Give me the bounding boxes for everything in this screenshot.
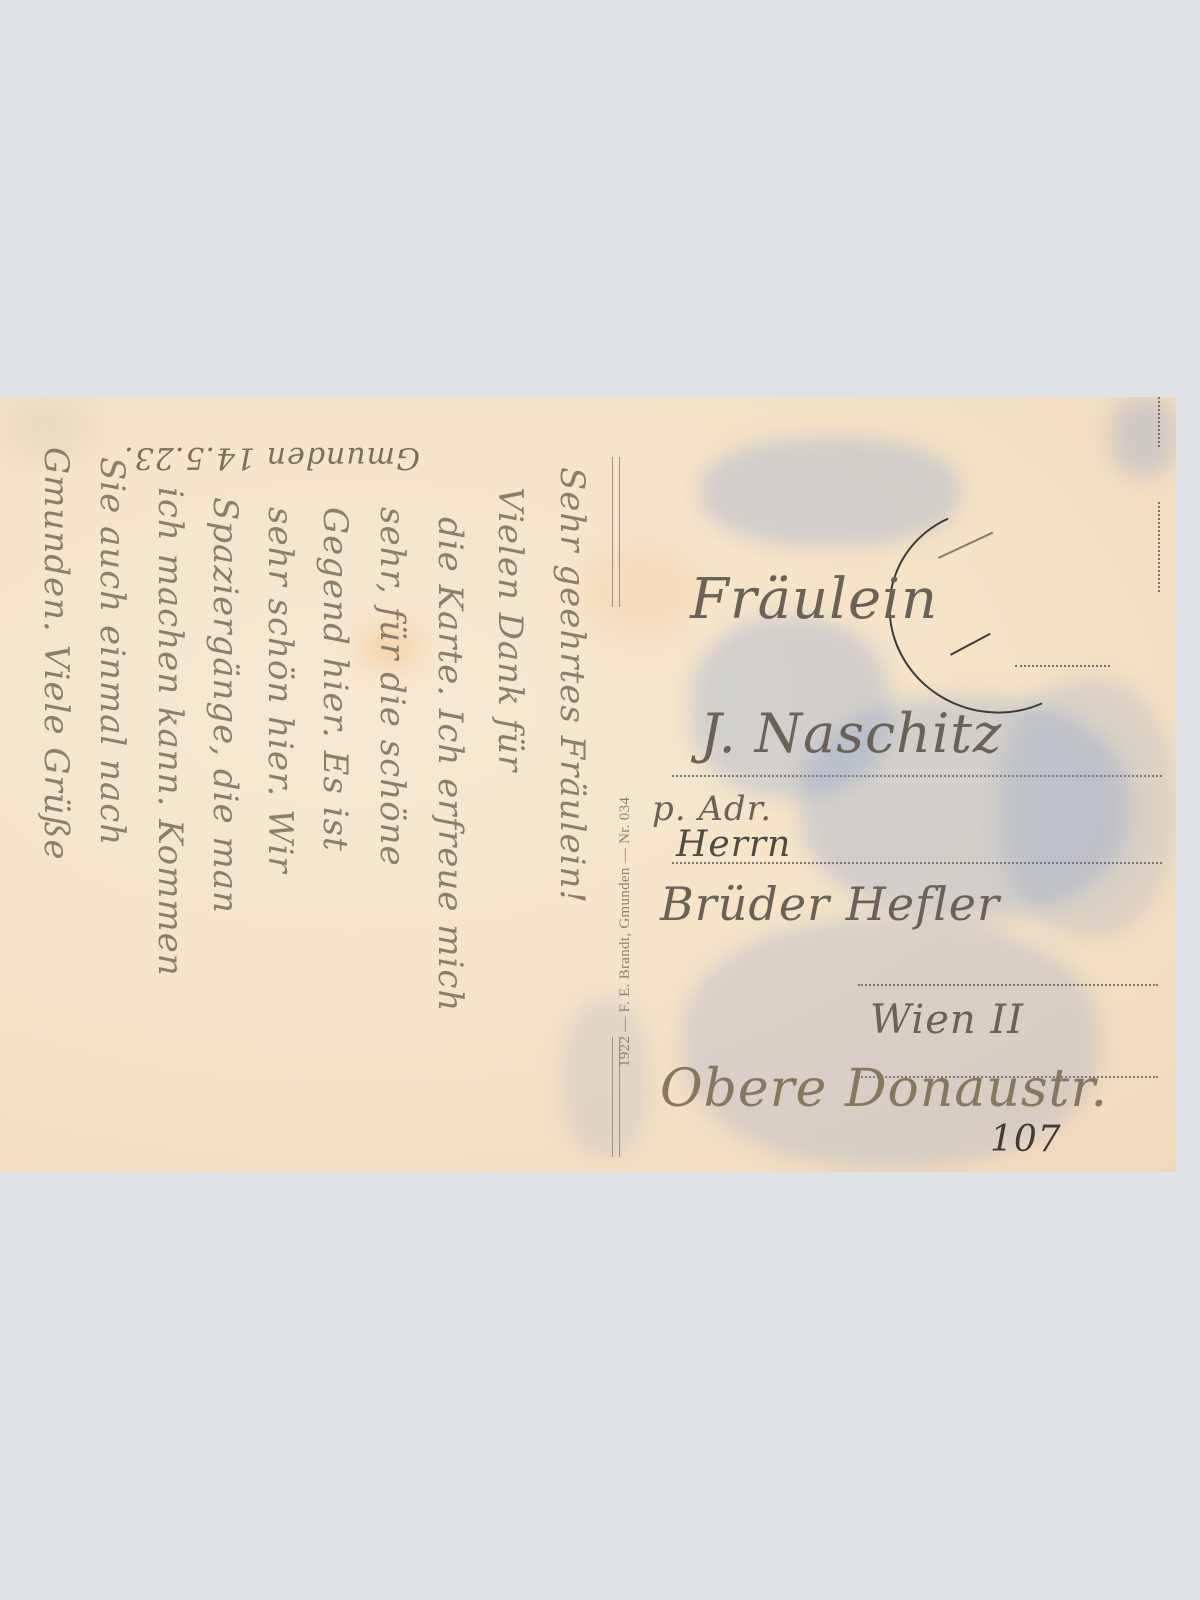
blue-ink-smudge	[1110, 397, 1176, 477]
message-line: sehr, für die schöne	[372, 507, 412, 867]
address-city: Wien II	[870, 997, 1024, 1043]
message-date-place: Gmunden 14.5.23.	[123, 440, 420, 475]
address-recipient-name: J. Naschitz	[700, 702, 1002, 765]
address-line	[672, 775, 1162, 777]
message-line: Gmunden. Viele Grüße	[36, 447, 76, 861]
address-house-number: 107	[990, 1119, 1062, 1160]
address-herrn: Herrn	[676, 824, 791, 865]
message-line: die Karte. Ich erfreue mich	[430, 517, 470, 1012]
message-line: Gegend hier. Es ist	[315, 507, 355, 852]
divider-rule-top	[612, 457, 620, 607]
blue-ink-smudge	[700, 437, 960, 547]
stamp-box-edge	[1158, 397, 1160, 447]
message-line: Sie auch einmal nach	[92, 457, 132, 846]
message-line: sehr schön hier. Wir	[260, 507, 300, 874]
blue-ink-smudge	[1000, 677, 1176, 937]
address-recipient-title: Fräulein	[690, 567, 938, 632]
message-line: Spaziergänge, die man	[205, 497, 245, 914]
blue-ink-smudge	[560, 997, 650, 1157]
message-greeting: Sehr geehrtes Fräulein!	[552, 467, 592, 904]
stamp-box-edge	[1158, 502, 1160, 592]
address-street: Obere Donaustr.	[660, 1059, 1108, 1119]
publisher-imprint: 1922 — F. E. Brandt, Gmunden — Nr. 034	[617, 797, 634, 1067]
message-line: ich machen kann. Kommen	[150, 487, 190, 977]
address-care-of: p. Adr.	[652, 789, 772, 829]
address-company: Brüder Hefler	[660, 877, 1000, 931]
address-line	[858, 984, 1158, 986]
postcard-back: 1922 — F. E. Brandt, Gmunden — Nr. 034 F…	[0, 397, 1176, 1172]
paper-stain	[580, 547, 700, 637]
message-line: Vielen Dank für	[490, 487, 530, 772]
